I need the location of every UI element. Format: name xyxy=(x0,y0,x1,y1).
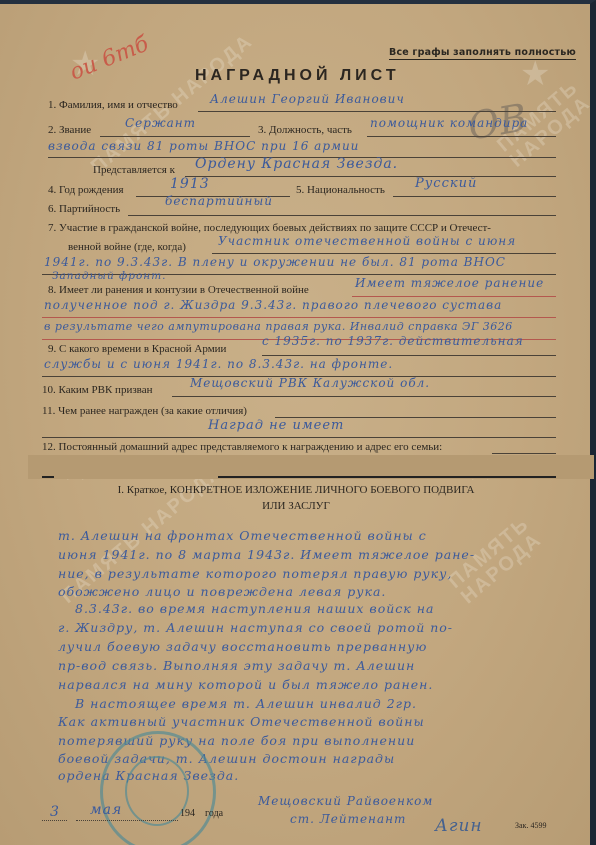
signature-line-2: ст. Лейтенант xyxy=(290,812,406,826)
field-7-label-1: 7. Участие в гражданской войне, последую… xyxy=(48,222,491,234)
presented-value: Ордену Красная Звезда. xyxy=(195,156,398,172)
field-8-line-1 xyxy=(352,296,556,297)
section-heading-2: ИЛИ ЗАСЛУГ xyxy=(86,500,506,512)
field-8-line-2 xyxy=(42,317,556,318)
field-1-line xyxy=(198,111,556,112)
section-heading-1: I. Краткое, КОНКРЕТНОЕ ИЗЛОЖЕНИЕ ЛИЧНОГО… xyxy=(86,484,506,496)
narrative-line: обожжено лицо и повреждена левая рука. xyxy=(58,584,386,599)
field-3-value-1: помощник командира xyxy=(370,116,528,130)
field-6-value: беспартийный xyxy=(165,194,273,208)
page-title: НАГРАДНОЙ ЛИСТ xyxy=(195,67,400,85)
narrative-line: 8.3.43г. во время наступления наших войс… xyxy=(75,601,434,616)
field-7-label-2: венной войне (где, когда) xyxy=(68,241,186,253)
field-10-line xyxy=(172,396,556,397)
field-5-label: 5. Национальность xyxy=(296,184,385,196)
field-4-value: 1913 xyxy=(170,176,210,192)
field-6-line xyxy=(128,215,556,216)
narrative-line: лучил боевую задачу восстановить прерван… xyxy=(58,639,427,654)
divider-rule xyxy=(218,476,556,478)
date-year-printed: 194 xyxy=(180,808,195,819)
narrative-line: ние, в результате которого потерял праву… xyxy=(58,566,452,581)
field-11-label: 11. Чем ранее награжден (за какие отличи… xyxy=(42,405,247,417)
narrative-line: г. Жиздру, т. Алешин наступая со своей р… xyxy=(58,620,453,635)
field-12-label: 12. Постоянный домашний адрес представля… xyxy=(42,441,442,453)
field-1-value: Алешин Георгий Иванович xyxy=(210,92,405,106)
field-7-value-1: Участник отечественной войны с июня xyxy=(218,234,516,248)
field-9-line-1 xyxy=(262,355,556,356)
field-2-value: Сержант xyxy=(125,116,196,130)
field-2-line xyxy=(100,136,250,137)
field-6-label: 6. Партийность xyxy=(48,203,120,215)
field-4-label: 4. Год рождения xyxy=(48,184,124,196)
field-9-value-2: службы и с июня 1941г. по 8.3.43г. на фр… xyxy=(44,357,393,371)
narrative-line: потерявший руку на поле боя при выполнен… xyxy=(58,733,415,748)
field-7-value-3: Западный фронт. xyxy=(52,270,167,282)
field-1-label: 1. Фамилия, имя и отчество xyxy=(48,99,178,111)
field-3-line xyxy=(367,136,556,137)
narrative-line: Как активный участник Отечественной войн… xyxy=(58,714,425,729)
field-7-value-2: 1941г. по 9.3.43г. В плену и окружении н… xyxy=(44,255,506,269)
presented-line xyxy=(185,176,556,177)
date-day: 3 xyxy=(50,804,60,820)
field-11-line-2 xyxy=(42,437,556,438)
field-3-value-2: взвода связи 81 роты ВНОС при 16 армии xyxy=(48,139,359,153)
narrative-line: июня 1941г. по 8 марта 1943г. Имеет тяже… xyxy=(58,547,475,562)
date-month-line xyxy=(76,820,178,821)
signature: Агин xyxy=(435,816,483,836)
narrative-line: нарвался на мину которой и был тяжело ра… xyxy=(58,677,433,692)
field-8-value-2: полученное под г. Жиздра 9.3.43г. правог… xyxy=(44,298,502,312)
red-pencil-annotation: ои 6тб xyxy=(66,31,152,85)
instruction-note: Все графы заполнять полностью xyxy=(389,47,576,60)
official-stamp xyxy=(100,731,216,845)
field-8-label: 8. Имеет ли ранения и контузии в Отечест… xyxy=(48,284,309,296)
divider-short xyxy=(42,476,54,478)
presented-label: Представляется к xyxy=(93,164,175,176)
narrative-line: В настоящее время т. Алешин инвалид 2гр. xyxy=(75,696,417,711)
field-3-label: 3. Должность, часть xyxy=(258,124,352,136)
field-7-line-1 xyxy=(212,253,556,254)
field-8-value-1: Имеет тяжелое ранение xyxy=(355,276,544,290)
print-code: Зак. 4599 xyxy=(515,821,546,830)
date-month: мая xyxy=(90,802,122,818)
field-5-line xyxy=(393,196,556,197)
field-5-value: Русский xyxy=(415,176,477,191)
watermark-star-icon: ★ xyxy=(520,54,550,94)
field-9-label: 9. С какого времени в Красной Армии xyxy=(48,343,226,355)
field-8-value-3: в результате чего ампутирована правая ру… xyxy=(44,320,513,333)
field-12-line xyxy=(492,453,556,454)
narrative-line: т. Алешин на фронтах Отечественной войны… xyxy=(58,528,427,543)
signature-line-1: Мещовский Райвоенком xyxy=(258,794,433,808)
field-9-value-1: с 1935г. по 1937г. действительная xyxy=(262,334,524,348)
award-sheet: ★ ПАМЯТЬ НАРОДА ★ ПАМЯТЬ НАРОДА ★ ПАМЯТЬ… xyxy=(0,0,596,845)
date-day-line xyxy=(42,820,67,821)
field-11-value: Наград не имеет xyxy=(208,418,344,433)
field-10-label: 10. Каким РВК призван xyxy=(42,384,153,396)
field-2-label: 2. Звание xyxy=(48,124,91,136)
field-10-value: Мещовский РВК Калужской обл. xyxy=(190,376,430,390)
date-suffix: года xyxy=(205,808,223,819)
narrative-line: пр-вод связь. Выполняя эту задачу т. Але… xyxy=(58,658,415,673)
